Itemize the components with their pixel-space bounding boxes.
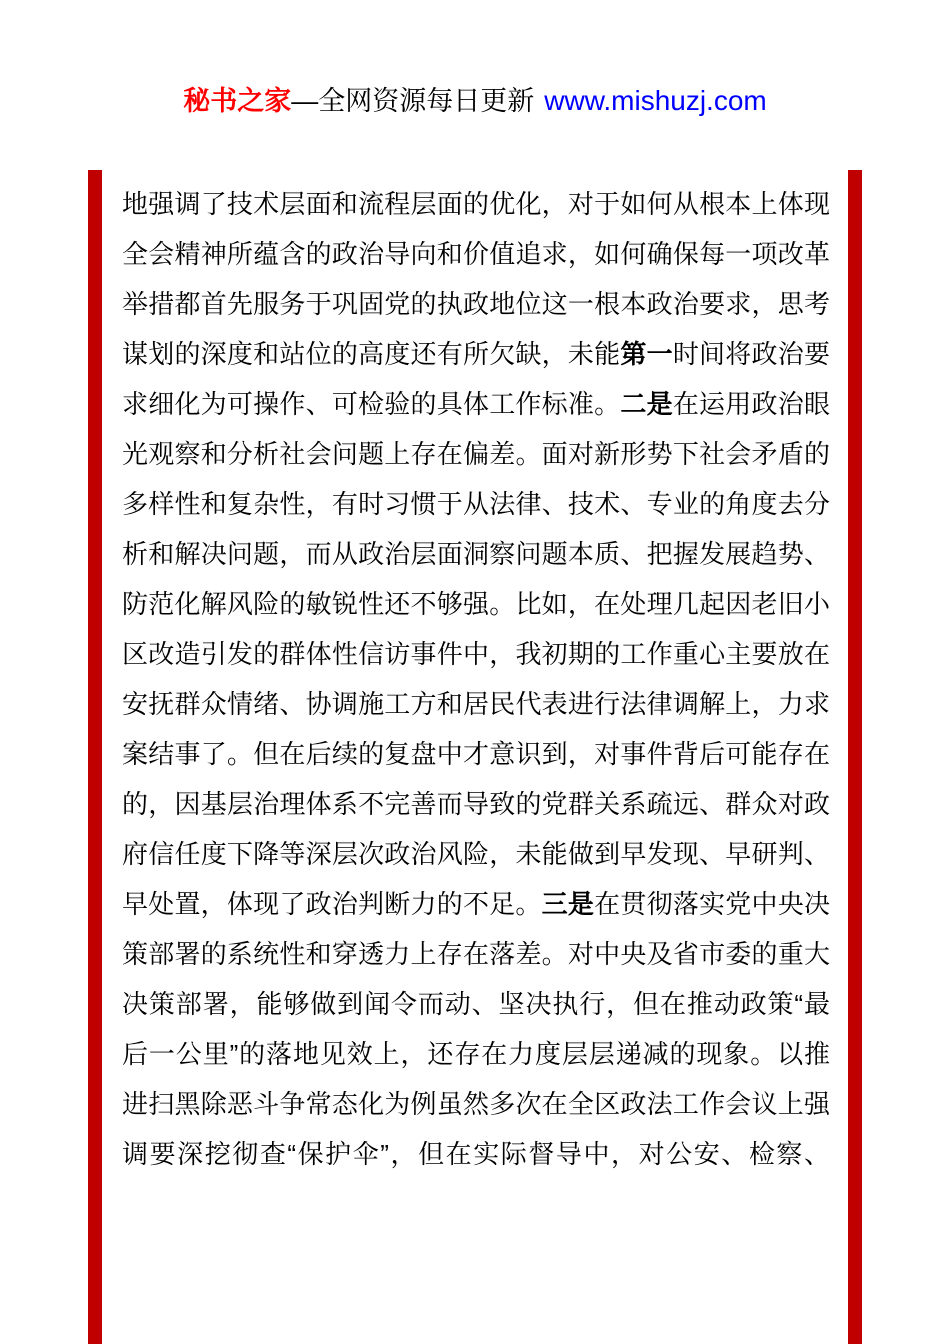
text-run: 举措都首先服务于巩固党的执政地位这一根本政治要求，思考 [122,289,830,319]
separator-dash: — [291,78,318,124]
text-line: 府信任度下降等深层次政治风险，未能做到早发现、早研判、 [122,829,830,879]
text-line: 安抚群众情绪、协调施工方和居民代表进行法律调解上，力求 [122,679,830,729]
text-line: 早处置，体现了政治判断力的不足。三是在贯彻落实党中央决 [122,879,830,929]
right-red-rule [848,170,862,1344]
text-line: 光观察和分析社会问题上存在偏差。面对新形势下社会矛盾的 [122,429,830,479]
text-run: 决策部署，能够做到闻令而动、坚决执行，但在推动政策“最 [122,989,830,1019]
left-red-rule [88,170,102,1344]
document-page: 秘书之家—全网资源每日更新www.mishuzj.com 地强调了技术层面和流程… [0,0,950,1344]
text-line: 后一公里”的落地见效上，还存在力度层层递减的现象。以推 [122,1029,830,1079]
text-line: 求细化为可操作、可检验的具体工作标准。二是在运用政治眼 [122,379,830,429]
text-line: 多样性和复杂性，有时习惯于从法律、技术、专业的角度去分 [122,479,830,529]
document-body-text: 地强调了技术层面和流程层面的优化，对于如何从根本上体现全会精神所蕴含的政治导向和… [122,179,830,1179]
text-run: 多样性和复杂性，有时习惯于从法律、技术、专业的角度去分 [122,489,830,519]
text-line: 区改造引发的群体性信访事件中，我初期的工作重心主要放在 [122,629,830,679]
text-run: 在贯彻落实党中央决 [594,889,830,919]
text-run: 全会精神所蕴含的政治导向和价值追求，如何确保每一项改革 [122,239,830,269]
bold-run: 第一 [620,339,672,369]
site-url-link[interactable]: www.mishuzj.com [544,78,766,124]
text-line: 举措都首先服务于巩固党的执政地位这一根本政治要求，思考 [122,279,830,329]
text-line: 谋划的深度和站位的高度还有所欠缺，未能第一时间将政治要 [122,329,830,379]
text-line: 调要深挖彻查“保护伞”，但在实际督导中，对公安、检察、 [122,1129,830,1179]
text-run: 调要深挖彻查“保护伞”，但在实际督导中，对公安、检察、 [122,1139,830,1169]
text-run: 时间将政治要 [673,339,830,369]
text-run: 在运用政治眼 [673,389,830,419]
text-run: 案结事了。但在后续的复盘中才意识到，对事件背后可能存在 [122,739,830,769]
text-run: 安抚群众情绪、协调施工方和居民代表进行法律调解上，力求 [122,689,830,719]
text-line: 决策部署，能够做到闻令而动、坚决执行，但在推动政策“最 [122,979,830,1029]
text-run: 进扫黑除恶斗争常态化为例虽然多次在全区政法工作会议上强 [122,1089,830,1119]
text-line: 的，因基层治理体系不完善而导致的党群关系疏远、群众对政 [122,779,830,829]
bold-run: 三是 [542,889,594,919]
text-line: 策部署的系统性和穿透力上存在落差。对中央及省市委的重大 [122,929,830,979]
document-header: 秘书之家—全网资源每日更新www.mishuzj.com [0,78,950,124]
text-run: 区改造引发的群体性信访事件中，我初期的工作重心主要放在 [122,639,830,669]
text-run: 谋划的深度和站位的高度还有所欠缺，未能 [122,339,620,369]
text-run: 的，因基层治理体系不完善而导致的党群关系疏远、群众对政 [122,789,830,819]
site-name: 秘书之家 [183,78,291,124]
text-run: 地强调了技术层面和流程层面的优化，对于如何从根本上体现 [122,189,830,219]
text-run: 光观察和分析社会问题上存在偏差。面对新形势下社会矛盾的 [122,439,830,469]
site-tagline: 全网资源每日更新 [318,78,534,124]
text-run: 求细化为可操作、可检验的具体工作标准。 [122,389,620,419]
text-run: 策部署的系统性和穿透力上存在落差。对中央及省市委的重大 [122,939,830,969]
text-line: 析和解决问题，而从政治层面洞察问题本质、把握发展趋势、 [122,529,830,579]
text-run: 府信任度下降等深层次政治风险，未能做到早发现、早研判、 [122,839,830,869]
text-line: 地强调了技术层面和流程层面的优化，对于如何从根本上体现 [122,179,830,229]
text-run: 早处置，体现了政治判断力的不足。 [122,889,542,919]
bold-run: 二是 [620,389,672,419]
text-run: 后一公里”的落地见效上，还存在力度层层递减的现象。以推 [122,1039,830,1069]
text-run: 防范化解风险的敏锐性还不够强。比如，在处理几起因老旧小 [122,589,830,619]
text-line: 防范化解风险的敏锐性还不够强。比如，在处理几起因老旧小 [122,579,830,629]
text-line: 进扫黑除恶斗争常态化为例虽然多次在全区政法工作会议上强 [122,1079,830,1129]
text-line: 全会精神所蕴含的政治导向和价值追求，如何确保每一项改革 [122,229,830,279]
text-run: 析和解决问题，而从政治层面洞察问题本质、把握发展趋势、 [122,539,830,569]
text-line: 案结事了。但在后续的复盘中才意识到，对事件背后可能存在 [122,729,830,779]
